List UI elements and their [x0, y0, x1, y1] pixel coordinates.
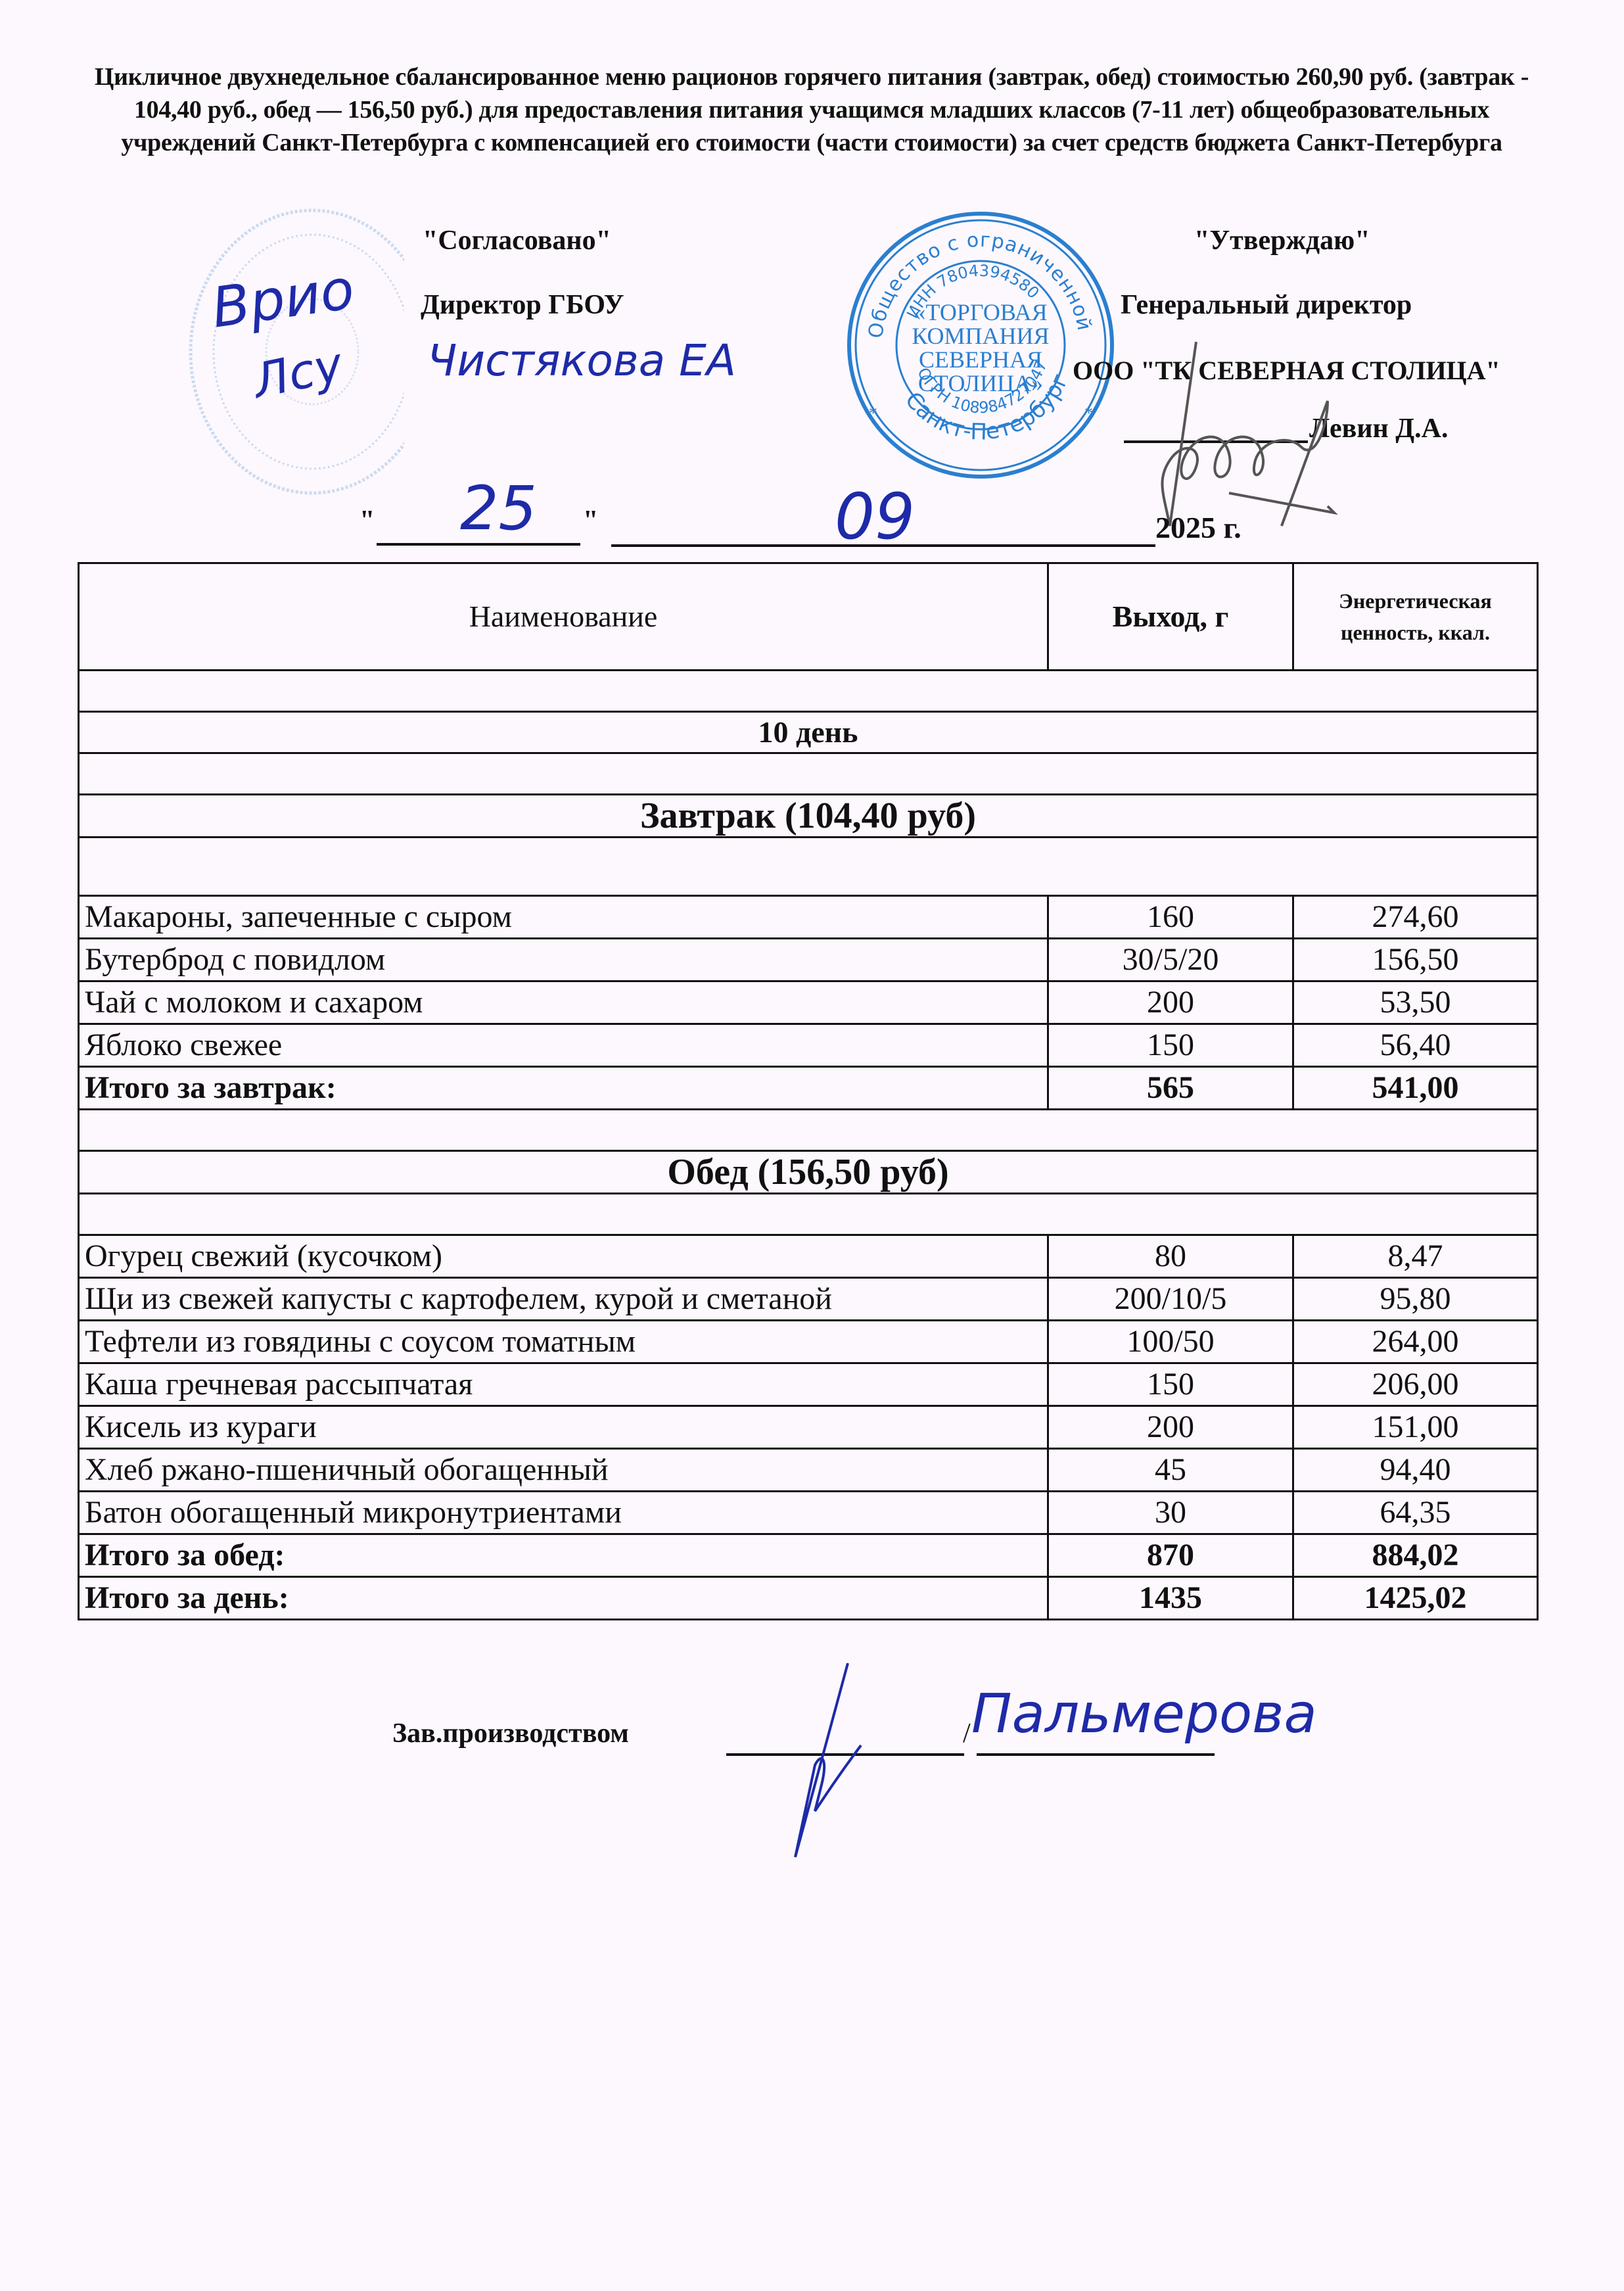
footer-label: Зав.производством	[392, 1718, 629, 1749]
total-kcal: 1425,02	[1293, 1577, 1538, 1620]
dish-yield: 30	[1048, 1492, 1293, 1534]
date-open-quote: "	[360, 505, 375, 536]
table-header-row: Наименование Выход, г Энергетическая цен…	[79, 563, 1538, 671]
dish-kcal: 264,00	[1293, 1321, 1538, 1363]
date-close-quote: "	[583, 505, 598, 536]
dish-name: Чай с молоком и сахаром	[79, 981, 1048, 1024]
dish-yield: 80	[1048, 1235, 1293, 1278]
dish-name: Хлеб ржано-пшеничный обогащенный	[79, 1449, 1048, 1492]
table-row: Тефтели из говядины с соусом томатным 10…	[79, 1321, 1538, 1363]
lunch-heading: Обед (156,50 руб)	[79, 1151, 1538, 1194]
total-yield: 565	[1048, 1067, 1293, 1110]
total-label: Итого за день:	[79, 1577, 1048, 1620]
menu-table: Наименование Выход, г Энергетическая цен…	[78, 562, 1539, 1620]
table-row: Щи из свежей капусты с картофелем, курой…	[79, 1278, 1538, 1321]
dish-yield: 100/50	[1048, 1321, 1293, 1363]
dish-kcal: 53,50	[1293, 981, 1538, 1024]
dish-yield: 200	[1048, 981, 1293, 1024]
svg-text:*: *	[869, 404, 877, 423]
total-yield: 870	[1048, 1534, 1293, 1577]
dish-name: Яблоко свежее	[79, 1024, 1048, 1067]
table-row: Каша гречневая рассыпчатая 150 206,00	[79, 1363, 1538, 1406]
dish-name: Огурец свежий (кусочком)	[79, 1235, 1048, 1278]
table-row: Кисель из кураги 200 151,00	[79, 1406, 1538, 1449]
breakfast-total-row: Итого за завтрак: 565 541,00	[79, 1067, 1538, 1110]
day-label: 10 день	[79, 712, 1538, 753]
empty-row	[79, 753, 1538, 795]
date-month: 09	[835, 480, 915, 554]
table-row: Хлеб ржано-пшеничный обогащенный 45 94,4…	[79, 1449, 1538, 1492]
header-energy: Энергетическая ценность, ккал.	[1293, 563, 1538, 671]
header-yield: Выход, г	[1048, 563, 1293, 671]
table-row: Яблоко свежее 150 56,40	[79, 1024, 1538, 1067]
dish-yield: 30/5/20	[1048, 939, 1293, 981]
footer-name-line	[977, 1753, 1215, 1756]
svg-text:СЕВЕРНАЯ: СЕВЕРНАЯ	[919, 346, 1042, 373]
dish-yield: 200	[1048, 1406, 1293, 1449]
dish-name: Щи из свежей капусты с картофелем, курой…	[79, 1278, 1048, 1321]
empty-row	[79, 838, 1538, 896]
dish-yield: 160	[1048, 896, 1293, 939]
dish-kcal: 56,40	[1293, 1024, 1538, 1067]
dish-yield: 150	[1048, 1363, 1293, 1406]
total-yield: 1435	[1048, 1577, 1293, 1620]
dish-yield: 200/10/5	[1048, 1278, 1293, 1321]
date-day: 25	[460, 473, 537, 544]
table-row: Бутерброд с повидлом 30/5/20 156,50	[79, 939, 1538, 981]
breakfast-heading: Завтрак (104,40 руб)	[79, 795, 1538, 838]
company-stamp-icon: Общество с ограниченной ответственностью…	[843, 207, 1119, 483]
dish-kcal: 95,80	[1293, 1278, 1538, 1321]
dish-kcal: 206,00	[1293, 1363, 1538, 1406]
dish-name: Бутерброд с повидлом	[79, 939, 1048, 981]
date-year: 2025 г.	[1155, 510, 1241, 545]
table-row: Чай с молоком и сахаром 200 53,50	[79, 981, 1538, 1024]
total-label: Итого за завтрак:	[79, 1067, 1048, 1110]
empty-row	[79, 1110, 1538, 1151]
svg-text:*: *	[1084, 404, 1093, 423]
approval-left-heading: "Согласовано"	[423, 225, 611, 256]
total-label: Итого за обед:	[79, 1534, 1048, 1577]
handwritten-director-name: Чистякова ЕА	[427, 335, 736, 386]
svg-text:СТОЛИЦА»: СТОЛИЦА»	[918, 370, 1043, 396]
handwritten-manager-name: Пальмерова	[971, 1683, 1317, 1745]
day-total-row: Итого за день: 1435 1425,02	[79, 1577, 1538, 1620]
table-row: Батон обогащенный микронутриентами 30 64…	[79, 1492, 1538, 1534]
footer-separator: /	[963, 1718, 971, 1749]
table-row: Огурец свежий (кусочком) 80 8,47	[79, 1235, 1538, 1278]
dish-kcal: 64,35	[1293, 1492, 1538, 1534]
dish-name: Батон обогащенный микронутриентами	[79, 1492, 1048, 1534]
dish-kcal: 274,60	[1293, 896, 1538, 939]
dish-kcal: 151,00	[1293, 1406, 1538, 1449]
document-title: Цикличное двухнедельное сбалансированное…	[72, 60, 1551, 159]
header-name: Наименование	[79, 563, 1048, 671]
manager-signature-icon	[776, 1660, 946, 1864]
total-kcal: 541,00	[1293, 1067, 1538, 1110]
dish-yield: 45	[1048, 1449, 1293, 1492]
dish-kcal: 94,40	[1293, 1449, 1538, 1492]
approval-right-position: Генеральный директор	[1121, 289, 1412, 321]
approval-right-heading: "Утверждаю"	[1194, 225, 1370, 256]
empty-row	[79, 671, 1538, 712]
dish-name: Макароны, запеченные с сыром	[79, 896, 1048, 939]
empty-row	[79, 1194, 1538, 1235]
total-kcal: 884,02	[1293, 1534, 1538, 1577]
dish-kcal: 156,50	[1293, 939, 1538, 981]
dish-yield: 150	[1048, 1024, 1293, 1067]
dish-name: Тефтели из говядины с соусом томатным	[79, 1321, 1048, 1363]
lunch-total-row: Итого за обед: 870 884,02	[79, 1534, 1538, 1577]
approval-left-position: Директор ГБОУ	[421, 289, 624, 321]
dish-name: Каша гречневая рассыпчатая	[79, 1363, 1048, 1406]
svg-text:«ТОРГОВАЯ: «ТОРГОВАЯ	[914, 299, 1047, 325]
dish-name: Кисель из кураги	[79, 1406, 1048, 1449]
dish-kcal: 8,47	[1293, 1235, 1538, 1278]
svg-text:КОМПАНИЯ: КОМПАНИЯ	[912, 323, 1049, 349]
table-row: Макароны, запеченные с сыром 160 274,60	[79, 896, 1538, 939]
